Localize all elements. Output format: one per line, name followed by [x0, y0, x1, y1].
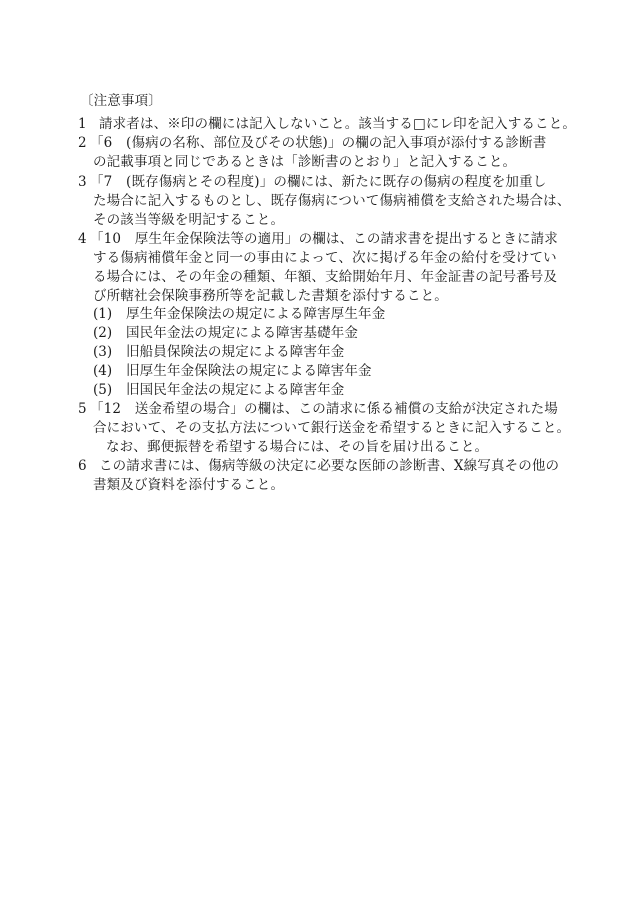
- note-line: その該当等級を明記すること。: [93, 211, 284, 230]
- note-line: 合において、その支払方法について銀行送金を希望するときに記入すること。: [93, 419, 570, 438]
- subitem-text: 旧船員保険法の規定による障害年金: [126, 343, 344, 362]
- note-number: 6: [78, 457, 87, 476]
- subitem-text: 厚生年金保険法の規定による障害厚生年金: [126, 305, 385, 324]
- subitem-text: 国民年金法の規定による障害基礎年金: [126, 324, 358, 343]
- note-line: 「7 (既存傷病とその程度)」の欄には、新たに既存の傷病の程度を加重し: [90, 173, 546, 192]
- note-line: する傷病補償年金と同一の事由によって、次に掲げる年金の給付を受けてい: [93, 249, 557, 268]
- note-line: 「6 (傷病の名称、部位及びその状態)」の欄の記入事項が添付する診断書: [90, 134, 546, 153]
- note-number: 1: [78, 115, 87, 134]
- note-number: 5: [78, 400, 87, 419]
- note-line: 「10 厚生年金保険法等の適用」の欄は、この請求書を提出するときに請求: [90, 230, 558, 249]
- note-line: なお、郵便振替を希望する場合には、その旨を届け出ること。: [106, 438, 488, 457]
- note-line: の記載事項と同じであるときは「診断書のとおり」と記入すること。: [93, 153, 516, 172]
- note-line: この請求書には、傷病等級の決定に必要な医師の診断書、X線写真その他の: [99, 457, 559, 476]
- note-number: 4: [78, 230, 87, 249]
- subitem-text: 旧国民年金法の規定による障害年金: [126, 381, 344, 400]
- subitem-label: (1): [93, 305, 112, 324]
- note-line: び所轄社会保険事務所等を記載した書類を添付すること。: [93, 287, 448, 306]
- notes-heading: 〔注意事項〕: [80, 92, 162, 111]
- note-line: る場合には、その年金の種類、年額、支給開始年月、年金証書の記号番号及: [93, 268, 557, 287]
- note-line: 「12 送金希望の場合」の欄は、この請求に係る補償の支給が決定された場: [90, 400, 558, 419]
- note-line: 書類及び資料を添付すること。: [93, 476, 284, 495]
- subitem-label: (5): [93, 381, 112, 400]
- subitem-text: 旧厚生年金保険法の規定による障害年金: [126, 362, 372, 381]
- note-number: 3: [78, 173, 87, 192]
- subitem-label: (4): [93, 362, 112, 381]
- subitem-label: (2): [93, 324, 112, 343]
- note-line: た場合に記入するものとし、既存傷病について傷病補償を支給された場合は、: [93, 192, 570, 211]
- note-number: 2: [78, 134, 87, 153]
- note-line: 請求者は、※印の欄には記入しないこと。該当する□にレ印を記入すること。: [99, 115, 576, 134]
- document-page: 〔注意事項〕 1 請求者は、※印の欄には記入しないこと。該当する□にレ印を記入す…: [0, 0, 630, 903]
- subitem-label: (3): [93, 343, 112, 362]
